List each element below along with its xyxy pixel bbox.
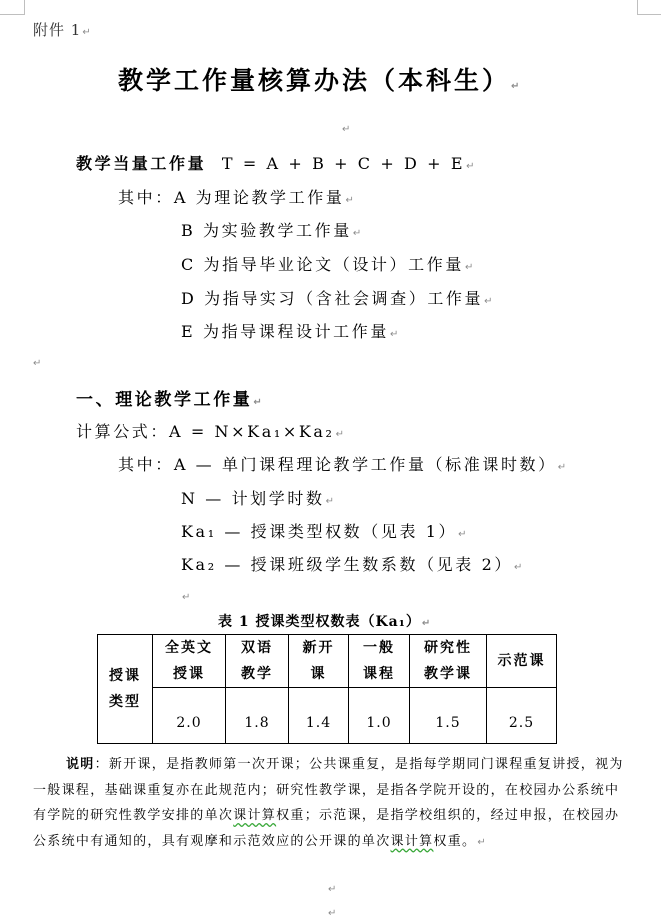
row-header-cell: 授课类型 [98, 635, 153, 744]
column-header-cell: 示范课 [487, 635, 557, 688]
section1-heading: 一、理论教学工作量↵ [76, 385, 264, 410]
definition-line-n: N — 计划学时数↵ [181, 486, 337, 509]
column-header-cell: 新开课 [289, 635, 349, 688]
section1-formula-line: 计算公式：A = N×Ka₁×Ka₂↵ [76, 419, 347, 442]
note-label: 说明 [66, 757, 95, 772]
explanatory-note: 说明：新开课，是指教师第一次开课；公共课重复，是指每学期同门课程重复讲授，视为一… [33, 752, 633, 855]
component-line-b: B 为实验教学工作量↵ [181, 218, 364, 241]
column-header-cell: 研究性教学课 [410, 635, 487, 688]
grammar-flag: 课计算 [233, 808, 276, 823]
paragraph-mark: ↵ [328, 908, 336, 918]
attachment-label: 附件 1↵ [33, 19, 92, 40]
crop-mark-top-left [0, 0, 25, 15]
component-line-c: C 为指导毕业论文（设计）工作量↵ [181, 252, 476, 275]
component-line-a: 其中：A 为理论教学工作量↵ [118, 185, 356, 208]
grammar-flag: 课计算 [391, 834, 434, 849]
paragraph-mark: ↵ [342, 124, 350, 135]
column-header-cell: 全英文授课 [153, 635, 226, 688]
total-formula: T = A + B + C + D + E [222, 154, 465, 173]
component-line-e: E 为指导课程设计工作量↵ [181, 319, 401, 342]
value-cell: 2.0 [153, 688, 226, 744]
value-cell: 1.5 [410, 688, 487, 744]
table1-course-type-weights: 授课类型 全英文授课 双语教学 新开课 一般课程 研究性教学课 示范课 2.0 … [97, 634, 557, 744]
column-header-cell: 双语教学 [226, 635, 289, 688]
paragraph-mark: ↵ [182, 592, 190, 603]
definition-line-ka2: Ka₂ — 授课班级学生数系数（见表 2）↵ [181, 552, 525, 575]
crop-mark-top-right [637, 0, 661, 15]
column-header-cell: 一般课程 [349, 635, 410, 688]
table1-caption: 表 1 授课类型权数表（Ka₁）↵ [218, 611, 431, 631]
definition-line-ka1: Ka₁ — 授课类型权数（见表 1）↵ [181, 519, 469, 542]
document-title: 教学工作量核算办法（本科生）↵ [118, 61, 522, 97]
total-formula-line: 教学当量工作量 T = A + B + C + D + E↵ [76, 151, 477, 174]
total-formula-label: 教学当量工作量 [76, 154, 206, 173]
paragraph-mark: ↵ [328, 884, 336, 895]
definition-line-a: 其中：A — 单门课程理论教学工作量（标准课时数）↵ [118, 452, 569, 475]
value-cell: 1.0 [349, 688, 410, 744]
value-cell: 1.8 [226, 688, 289, 744]
value-cell: 2.5 [487, 688, 557, 744]
paragraph-mark: ↵ [33, 358, 41, 369]
component-line-d: D 为指导实习（含社会调查）工作量↵ [181, 286, 495, 309]
value-cell: 1.4 [289, 688, 349, 744]
